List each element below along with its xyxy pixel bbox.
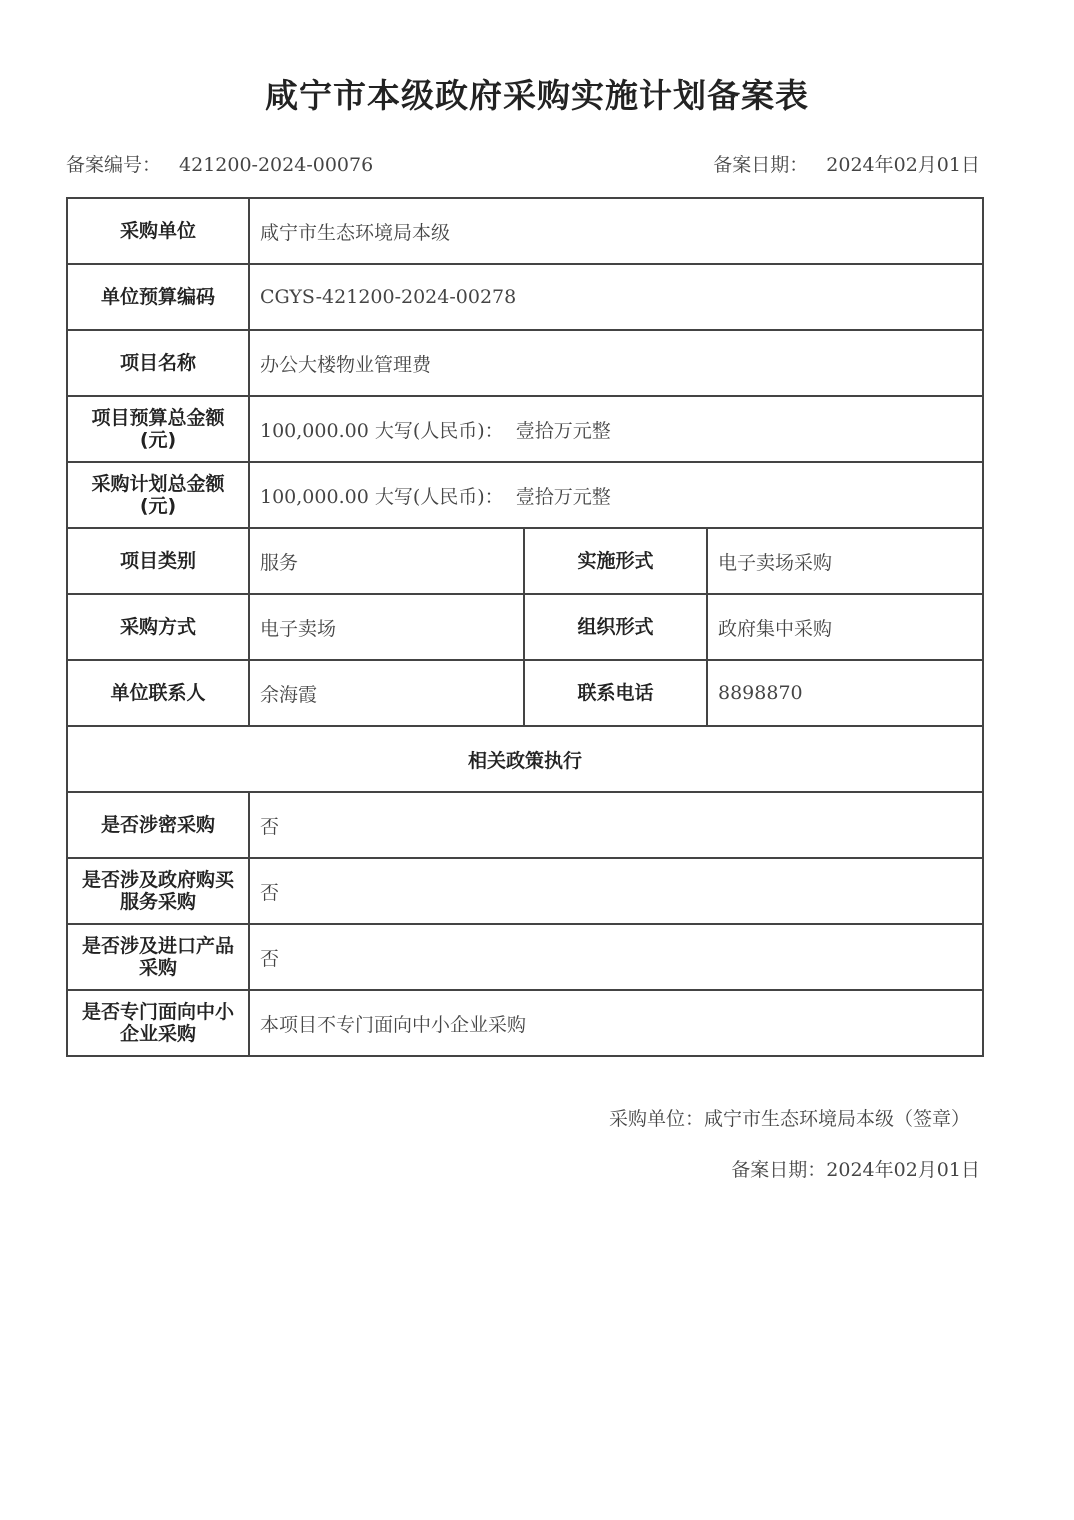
- document-title: 咸宁市本级政府采购实施计划备案表: [0, 70, 1074, 117]
- table-row: 是否涉及进口产品采购 否: [67, 924, 983, 990]
- record-number: 备案编号：421200-2024-00076: [66, 150, 373, 177]
- table-row: 采购方式 电子卖场 组织形式 政府集中采购: [67, 594, 983, 660]
- table-row: 单位预算编码 CGYS-421200-2024-00278: [67, 264, 983, 330]
- impl-form-value: 电子卖场采购: [707, 528, 983, 594]
- table-row: 单位联系人 余海霞 联系电话 8898870: [67, 660, 983, 726]
- policy-label: 是否涉及进口产品采购: [67, 924, 249, 990]
- record-number-label: 备案编号：: [66, 154, 161, 176]
- budget-code-label: 单位预算编码: [67, 264, 249, 330]
- method-label: 采购方式: [67, 594, 249, 660]
- policy-label: 是否专门面向中小企业采购: [67, 990, 249, 1056]
- filing-table: 采购单位 咸宁市生态环境局本级 单位预算编码 CGYS-421200-2024-…: [66, 197, 984, 1057]
- table-row: 项目预算总金额(元) 100,000.00 大写(人民币)： 壹拾万元整: [67, 396, 983, 462]
- policy-value: 否: [249, 792, 983, 858]
- plan-total-label: 采购计划总金额(元): [67, 462, 249, 528]
- purchaser-label: 采购单位: [67, 198, 249, 264]
- record-date-label: 备案日期：: [713, 154, 808, 176]
- project-name-value: 办公大楼物业管理费: [249, 330, 983, 396]
- table-row: 项目类别 服务 实施形式 电子卖场采购: [67, 528, 983, 594]
- project-name-label: 项目名称: [67, 330, 249, 396]
- table-row: 项目名称 办公大楼物业管理费: [67, 330, 983, 396]
- method-value: 电子卖场: [249, 594, 524, 660]
- org-form-value: 政府集中采购: [707, 594, 983, 660]
- policy-value: 否: [249, 858, 983, 924]
- table-row: 采购单位 咸宁市生态环境局本级: [67, 198, 983, 264]
- policy-value: 否: [249, 924, 983, 990]
- footer-date: 备案日期：2024年02月01日: [731, 1155, 980, 1182]
- table-row: 是否涉密采购 否: [67, 792, 983, 858]
- phone-value: 8898870: [707, 660, 983, 726]
- signature-line: 采购单位：咸宁市生态环境局本级（签章）: [609, 1104, 970, 1131]
- table-row: 采购计划总金额(元) 100,000.00 大写(人民币)： 壹拾万元整: [67, 462, 983, 528]
- plan-total-value: 100,000.00 大写(人民币)： 壹拾万元整: [249, 462, 983, 528]
- purchaser-value: 咸宁市生态环境局本级: [249, 198, 983, 264]
- policy-label: 是否涉及政府购买服务采购: [67, 858, 249, 924]
- category-value: 服务: [249, 528, 524, 594]
- record-date: 备案日期：2024年02月01日: [713, 150, 980, 177]
- table-row: 是否专门面向中小企业采购 本项目不专门面向中小企业采购: [67, 990, 983, 1056]
- policy-section-header: 相关政策执行: [67, 726, 983, 792]
- impl-form-label: 实施形式: [524, 528, 707, 594]
- table-row: 相关政策执行: [67, 726, 983, 792]
- project-budget-value: 100,000.00 大写(人民币)： 壹拾万元整: [249, 396, 983, 462]
- policy-value: 本项目不专门面向中小企业采购: [249, 990, 983, 1056]
- contact-label: 单位联系人: [67, 660, 249, 726]
- contact-value: 余海霞: [249, 660, 524, 726]
- table-row: 是否涉及政府购买服务采购 否: [67, 858, 983, 924]
- record-number-value: 421200-2024-00076: [179, 154, 373, 176]
- budget-code-value: CGYS-421200-2024-00278: [249, 264, 983, 330]
- policy-label: 是否涉密采购: [67, 792, 249, 858]
- record-date-value: 2024年02月01日: [826, 154, 980, 176]
- org-form-label: 组织形式: [524, 594, 707, 660]
- project-budget-label: 项目预算总金额(元): [67, 396, 249, 462]
- category-label: 项目类别: [67, 528, 249, 594]
- phone-label: 联系电话: [524, 660, 707, 726]
